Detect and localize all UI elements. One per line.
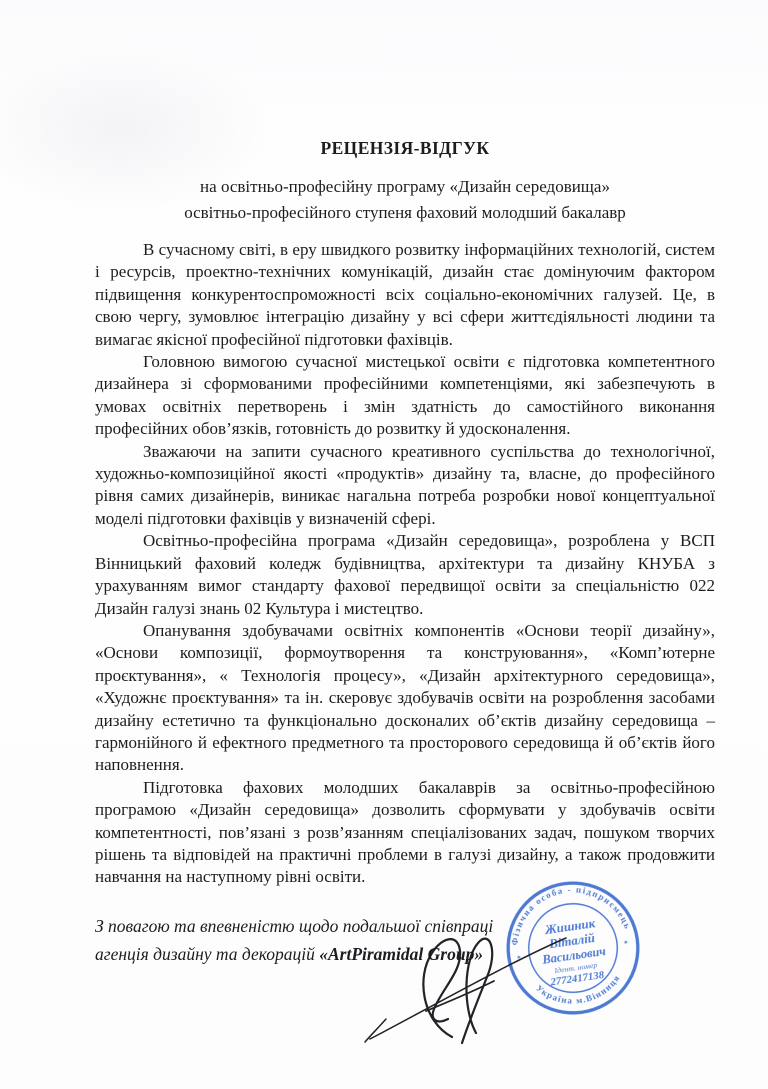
document-subtitle-line1: на освітньо-професійну програму «Дизайн …	[95, 174, 715, 200]
paragraph: Опанування здобувачами освітніх компонен…	[95, 620, 715, 777]
document-title: РЕЦЕНЗІЯ-ВІДГУК	[95, 138, 715, 159]
stamp-star-right-icon: ✶	[623, 938, 630, 947]
document-body: В сучасному світі, в еру швидкого розвит…	[95, 239, 715, 889]
signature-icon	[358, 915, 576, 1047]
paragraph: В сучасному світі, в еру швидкого розвит…	[95, 239, 715, 351]
closing-line2-text: агенція дизайну та декорацій	[95, 944, 319, 964]
signature-loop2-stroke	[462, 939, 492, 1043]
signature-cross-stroke	[426, 981, 494, 1011]
paragraph: Головною вимогою сучасної мистецької осв…	[95, 351, 715, 441]
signature-end-stroke	[365, 1019, 386, 1042]
paragraph: Зважаючи на запити сучасного креативного…	[95, 441, 715, 531]
document-subtitle-line2: освітньо-професійного ступеня фаховий мо…	[95, 200, 715, 226]
signature-loop-stroke	[423, 939, 460, 1037]
paragraph: Освітньо-професійна програма «Дизайн сер…	[95, 530, 715, 620]
document-page: РЕЦЕНЗІЯ-ВІДГУК на освітньо-професійну п…	[0, 0, 768, 1089]
